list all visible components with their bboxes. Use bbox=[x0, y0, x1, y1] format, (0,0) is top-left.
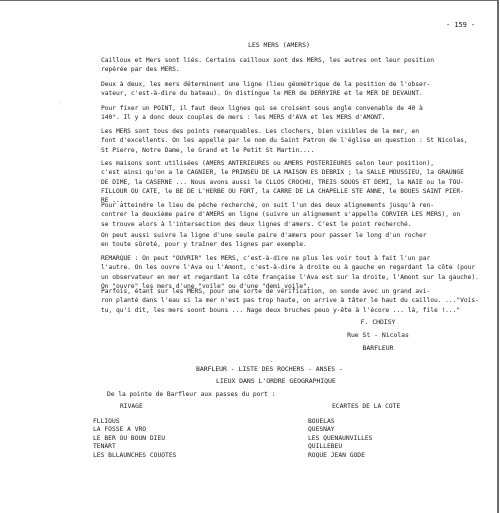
list-item: LES QUENAUNVILLES bbox=[308, 435, 400, 444]
paragraph-5: Les maisons sont utilisées (AMERS ANTERI… bbox=[101, 159, 481, 205]
paragraph-1: Cailloux et Mers sont liés. Certains cai… bbox=[101, 56, 481, 75]
text-line: contrer la deuxième paire d'AMERS en lig… bbox=[101, 210, 481, 219]
text-line: repérée par des MERS. bbox=[101, 65, 481, 74]
text-line: DE DIME, la CASERNE ... Nous avons aussi… bbox=[101, 178, 481, 187]
text-line: tu, qu'i dit, les mers soont bouns ... N… bbox=[101, 306, 481, 315]
text-line: St Pierre, Notre Dame, le Grand et le Pe… bbox=[101, 146, 481, 155]
rivage-column: RIVAGE FLLIOUS LA FOSSE A VRO LE BER OU … bbox=[93, 403, 176, 461]
paragraph-9: Parfois, étant sur les MERS, pour une so… bbox=[101, 287, 481, 315]
paragraph-8: REMARQUE : On peut "OUVRIR" les MERS, c'… bbox=[101, 254, 481, 291]
paragraph-3: Pour fixer un POINT, il faut deux lignes… bbox=[101, 104, 481, 123]
column-header-ecartes: ECARTES DE LA COTE bbox=[308, 403, 400, 412]
column-header-rivage: RIVAGE bbox=[93, 403, 176, 412]
text-line: l'autre. On les ouvre l'Ava ou l'Amont, … bbox=[101, 263, 481, 272]
document-page: - 159 - LES MERS (AMERS) Cailloux et Mer… bbox=[0, 0, 499, 513]
signature-street: Rue St - Nicolas bbox=[338, 331, 418, 340]
text-line: Pour fixer un POINT, il faut deux lignes… bbox=[101, 104, 481, 113]
text-line: FILLOUR OU CATE, le BE DE L'HERBE OU FOR… bbox=[101, 187, 481, 196]
text-line: en toute sûreté, pour y traîner des lign… bbox=[101, 240, 481, 249]
list-item: ROQUE JEAN GODE bbox=[308, 452, 400, 461]
text-line: 140°. Il y a donc deux couples de mers :… bbox=[101, 113, 481, 122]
text-line: Pour atteindre le lieu de pêche recherch… bbox=[101, 201, 481, 210]
list-item: LE BER OU BOUN DIEU bbox=[93, 435, 176, 444]
text-line: font d'excellents. On les appelle par le… bbox=[101, 136, 481, 145]
list-item: TENART bbox=[93, 443, 176, 452]
paragraph-6: Pour atteindre le lieu de pêche recherch… bbox=[101, 201, 481, 229]
text-line: ron planté dans l'eau si la mer n'est pa… bbox=[101, 296, 481, 305]
paragraph-2: Deux à deux, les mers déterminent une li… bbox=[101, 80, 481, 99]
ecartes-column: ECARTES DE LA COTE BOUELAS QUESNAY LES Q… bbox=[308, 403, 400, 461]
text-line: un observateur en mer et regardant la cô… bbox=[101, 273, 481, 282]
signature-name: F. CHOISY bbox=[338, 318, 418, 327]
list-item: BOUELAS bbox=[308, 418, 400, 427]
text-line: se trouve alors à l'intersection des deu… bbox=[101, 220, 481, 229]
list-item: LA FOSSE A VRO bbox=[93, 426, 176, 435]
text-line: Les MERS sont tous des points remarquabl… bbox=[101, 127, 481, 136]
text-line: c'est ainsi qu'on a le CAGNIER, le PRINS… bbox=[101, 168, 481, 177]
list-intro: De la pointe de Barfleur aux passes du p… bbox=[107, 390, 275, 399]
signature-town: BARFLEUR bbox=[338, 344, 418, 353]
text-line: vateur, c'est-à-dire du bateau). On dist… bbox=[101, 89, 481, 98]
paragraph-7: On peut aussi suivre la ligne d'une seul… bbox=[101, 231, 481, 250]
page-number: - 159 - bbox=[446, 21, 475, 30]
list-title-line-1: BARFLEUR - LISTE DES ROCHERS - ANSES - bbox=[196, 365, 343, 374]
text-line: Parfois, étant sur les MERS, pour une so… bbox=[101, 287, 481, 296]
text-line: Les maisons sont utilisées (AMERS ANTERI… bbox=[101, 159, 481, 168]
paragraph-4: Les MERS sont tous des points remarquabl… bbox=[101, 127, 481, 155]
page-title: LES MERS (AMERS) bbox=[248, 41, 310, 50]
text-line: REMARQUE : On peut "OUVRIR" les MERS, c'… bbox=[101, 254, 481, 263]
list-item: LES BLLAUNCHES COUOTES bbox=[93, 452, 176, 461]
text-line: Cailloux et Mers sont liés. Certains cai… bbox=[101, 56, 481, 65]
list-item: QUILLEBEU bbox=[308, 443, 400, 452]
text-line: On peut aussi suivre la ligne d'une seul… bbox=[101, 231, 481, 240]
list-item: FLLIOUS bbox=[93, 418, 176, 427]
list-title-line-2: LIEUX DANS L'ORDRE GEOGRAPHIQUE bbox=[216, 377, 336, 386]
list-item: QUESNAY bbox=[308, 426, 400, 435]
text-line: Deux à deux, les mers déterminent une li… bbox=[101, 80, 481, 89]
